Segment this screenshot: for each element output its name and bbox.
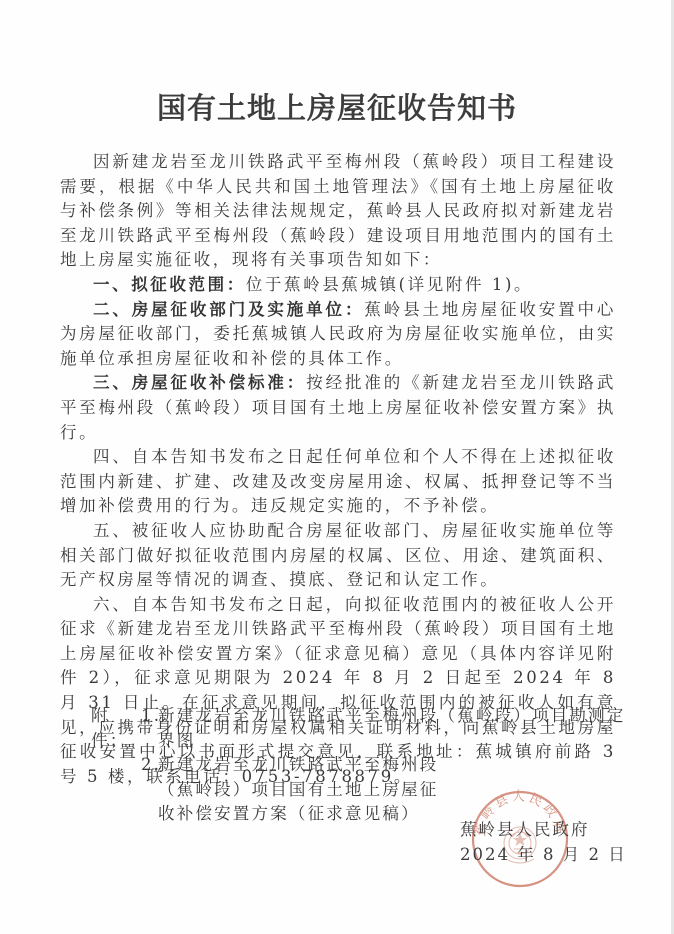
section-4: 四、自本告知书发布之日起任何单位和个人不得在上述拟征收范围内新建、扩建、改建及改…	[60, 445, 616, 519]
section-heading: 二、房屋征收部门及实施单位：	[93, 300, 364, 319]
section-text: 位于蕉岭县蕉城镇(详见附件 1)。	[246, 275, 533, 294]
section-5: 五、被征收人应协助配合房屋征收部门、房屋征收实施单位等相关部门做好拟征收范围内房…	[60, 519, 616, 593]
section-text: 四、自本告知书发布之日起任何单位和个人不得在上述拟征收范围内新建、扩建、改建及改…	[60, 447, 616, 515]
section-text: 五、被征收人应协助配合房屋征收部门、房屋征收实施单位等相关部门做好拟征收范围内房…	[60, 521, 616, 589]
intro-paragraph: 因新建龙岩至龙川铁路武平至梅州段（蕉岭段）项目工程建设需要，根据《中华人民共和国…	[60, 150, 616, 273]
section-heading: 三、房屋征收补偿标准：	[93, 373, 306, 392]
section-3: 三、房屋征收补偿标准：按经批准的《新建龙岩至龙川铁路武平至梅州段（蕉岭段）项目国…	[60, 371, 616, 445]
document-body: 因新建龙岩至龙川铁路武平至梅州段（蕉岭段）项目工程建设需要，根据《中华人民共和国…	[60, 150, 616, 789]
section-heading: 一、拟征收范围：	[93, 275, 246, 294]
attachment-text: 新建龙岩至龙川铁路武平至梅州段（蕉岭段）项目国有土地上房屋征收补偿安置方案（征求…	[158, 753, 448, 827]
document-title: 国有土地上房屋征收告知书	[0, 86, 674, 127]
section-2: 二、房屋征收部门及实施单位：蕉岭县土地房屋征收安置中心为房屋征收部门，委托蕉城镇…	[60, 298, 616, 372]
attachments-label: 附件：	[91, 704, 141, 753]
attachment-number: 2.	[141, 753, 158, 827]
issue-date: 2024 年 8 月 2 日	[460, 843, 627, 868]
issuer-name: 蕉岭县人民政府	[460, 818, 627, 843]
section-1: 一、拟征收范围：位于蕉岭县蕉城镇(详见附件 1)。	[60, 273, 616, 298]
attachment-text: 新建龙岩至龙川铁路武平至梅州段（蕉岭段）项目勘测定界图	[158, 704, 631, 753]
attachment-number: 1.	[141, 704, 158, 753]
attachment-item: 附件： 1. 新建龙岩至龙川铁路武平至梅州段（蕉岭段）项目勘测定界图	[91, 704, 631, 753]
document-page: 国有土地上房屋征收告知书 因新建龙岩至龙川铁路武平至梅州段（蕉岭段）项目工程建设…	[0, 0, 674, 934]
signature-block: 蕉岭县人民政府 2024 年 8 月 2 日	[460, 818, 627, 867]
